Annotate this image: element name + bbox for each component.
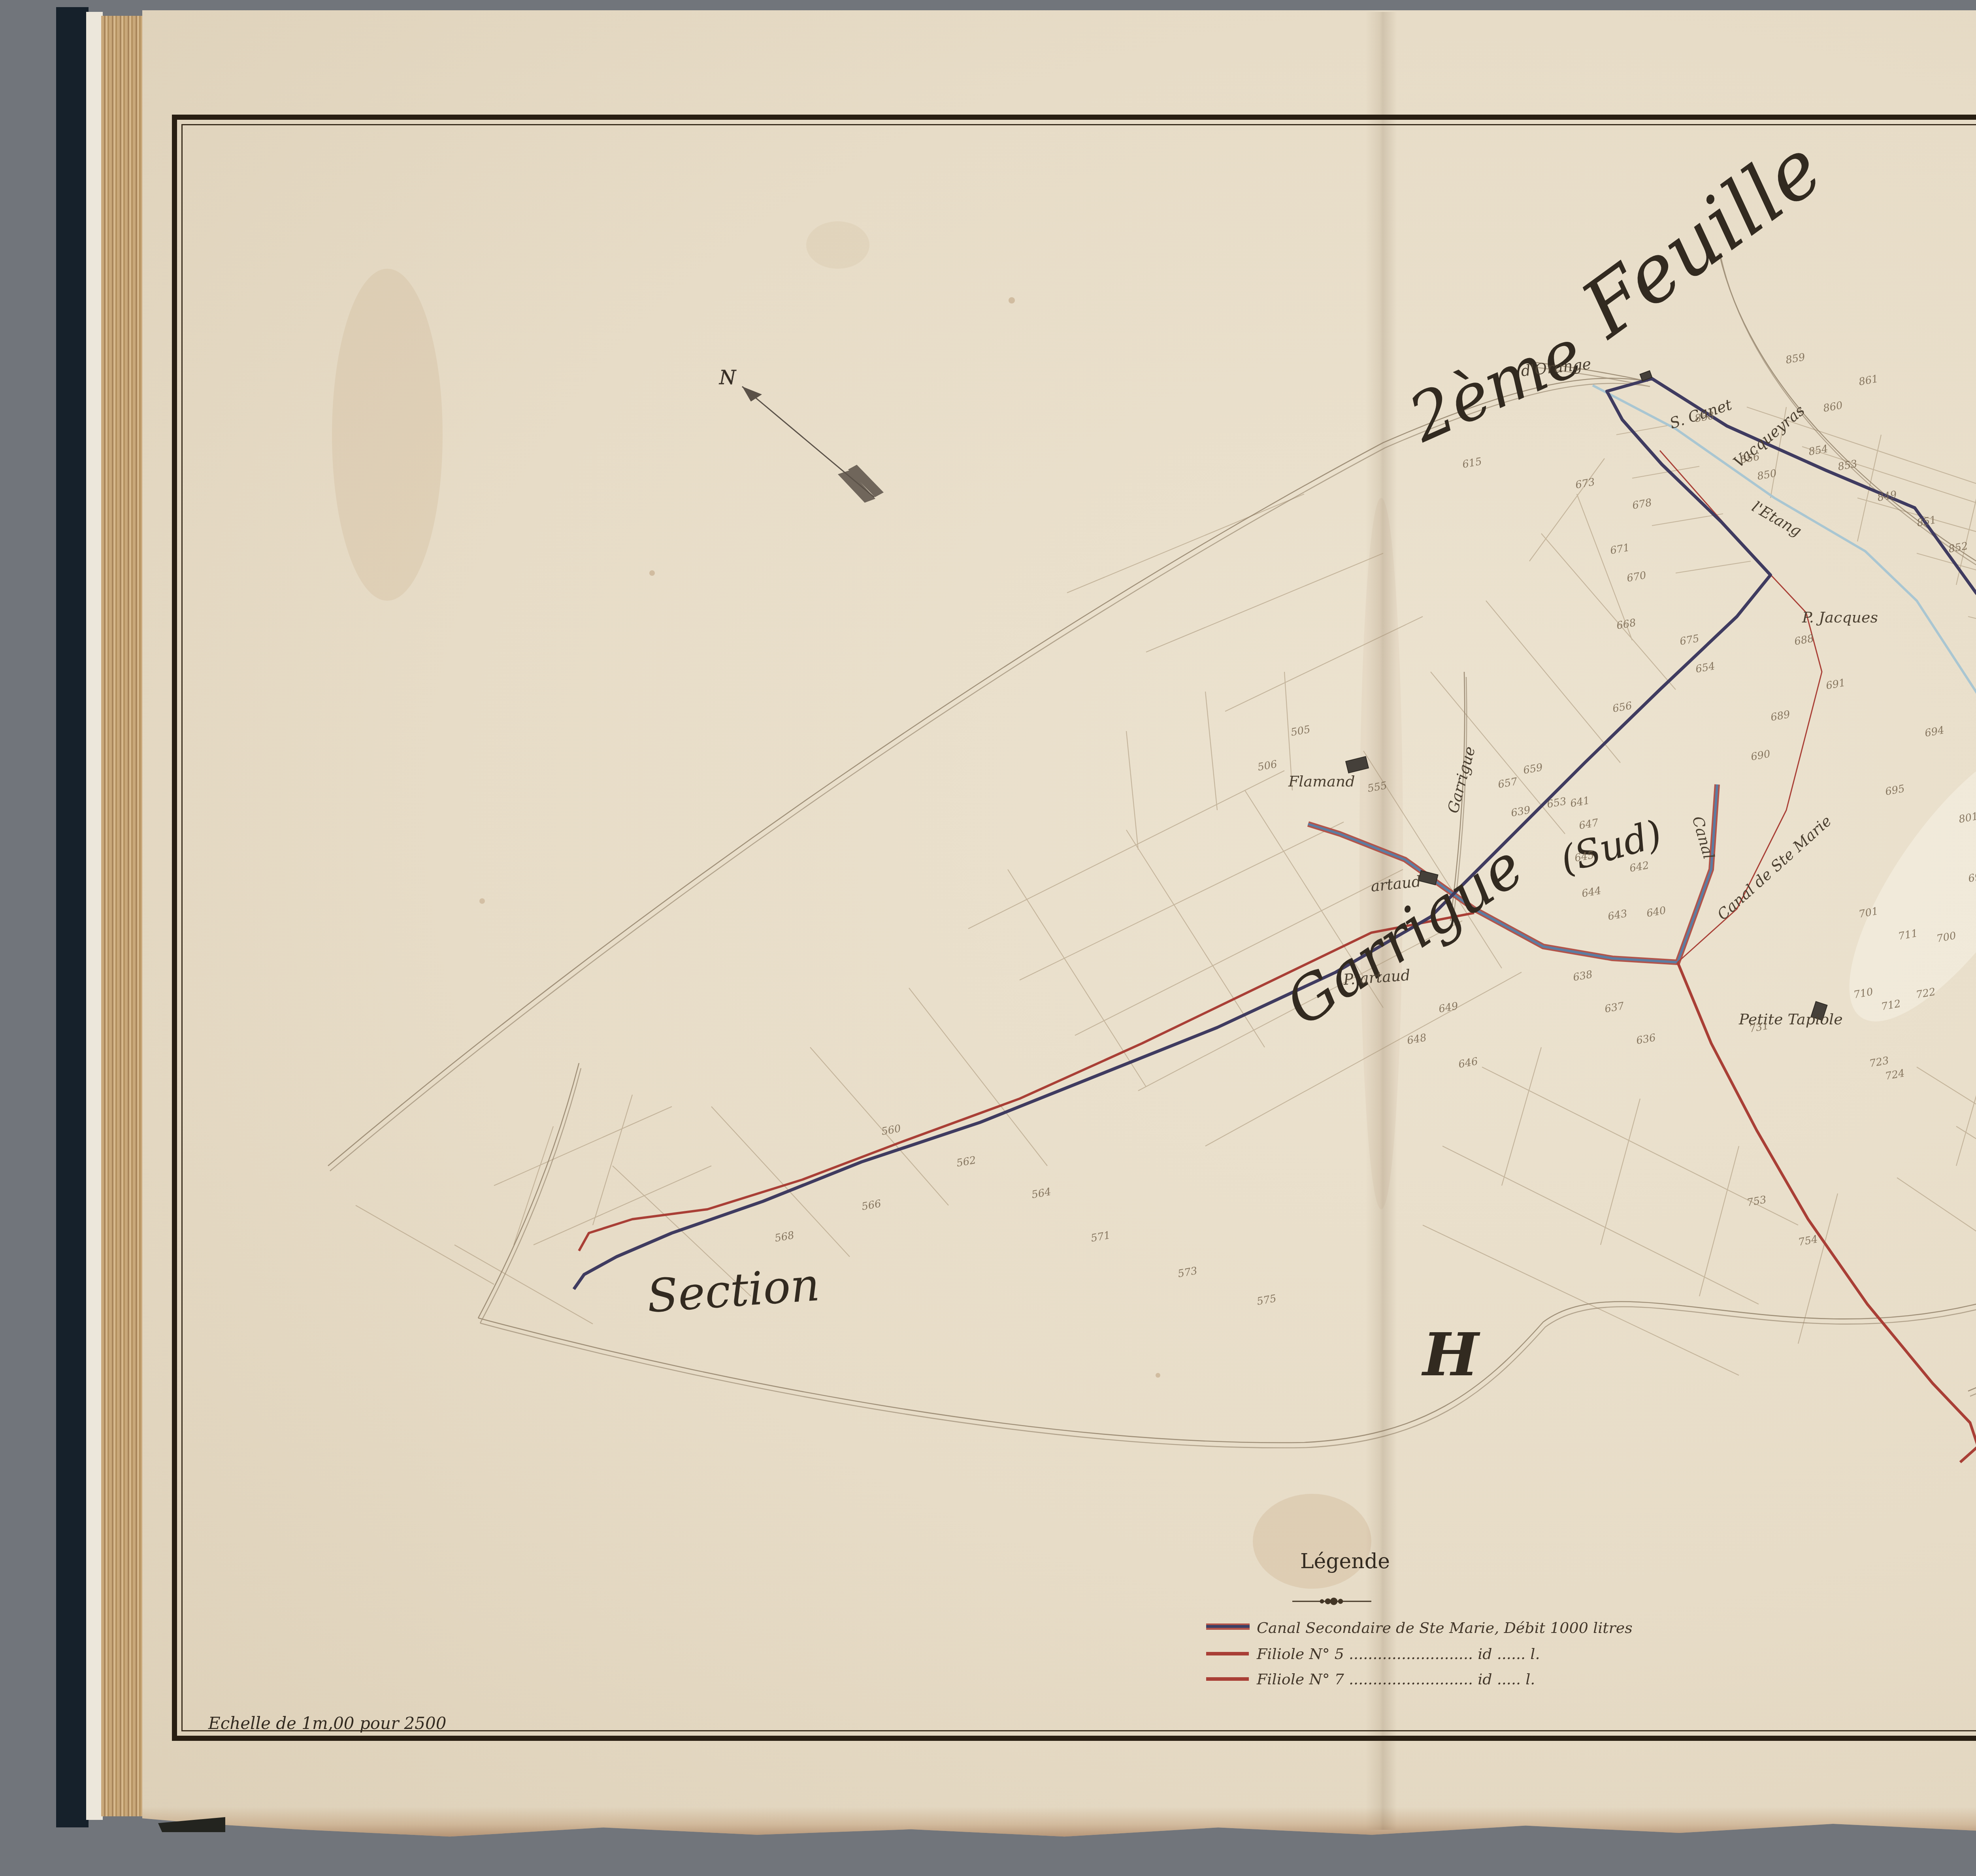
garrigue-title: Garrigue: [1274, 831, 1536, 1039]
legend-title: Légende: [1300, 1550, 1390, 1573]
parcel-number: 689: [1770, 709, 1791, 724]
parcel-number: 659: [1522, 762, 1544, 777]
label-garrigue-road: Garrigue: [1444, 745, 1478, 815]
label-p-jacques: P. Jacques: [1802, 609, 1878, 626]
parcel-number: 560: [881, 1123, 902, 1138]
legend-row-canal: Canal Secondaire de Ste Marie, Débit 100…: [1206, 1619, 1633, 1637]
parcel-number: 861: [1858, 373, 1879, 388]
parcel-number: 860: [1822, 400, 1844, 415]
label-flamand: Flamand: [1288, 773, 1355, 790]
sud-label: (Sud): [1556, 812, 1667, 882]
parcel-number: 571: [1090, 1229, 1111, 1244]
legend-row-filiole7: Filiole N° 7 .......................... …: [1206, 1670, 1535, 1688]
parcel-number: 852: [1948, 540, 1969, 555]
parcel-number: 668: [1616, 617, 1637, 632]
parcel-number: 568: [774, 1229, 795, 1244]
parcel-number: 654: [1695, 660, 1716, 675]
legend-ornament: [1292, 1598, 1371, 1605]
parcel-number: 564: [1031, 1186, 1052, 1201]
parcel-number: 675: [1679, 633, 1700, 648]
legend-row-filiole5: Filiole N° 5 .......................... …: [1206, 1645, 1540, 1663]
filiole-7: [1678, 962, 1976, 1462]
cadastral-map-drawing: N 2ème Feuille Section Section C H Garri…: [0, 0, 1976, 1876]
parcel-number: 859: [1785, 351, 1806, 366]
road-beaumes: [1968, 601, 1976, 1391]
parcel-number: 636: [1635, 1032, 1657, 1047]
parcel-number: 723: [1869, 1055, 1890, 1070]
scale-note: Echelle de 1m,00 pour 2500: [208, 1714, 446, 1733]
parcel-number: 506: [1257, 758, 1278, 773]
parcel-number: 615: [1461, 456, 1483, 471]
parcel-number: 753: [1746, 1194, 1767, 1209]
parcel-number: 694: [1924, 724, 1945, 739]
parcel-number: 657: [1497, 776, 1519, 791]
parcel-number: 573: [1177, 1265, 1198, 1280]
north-arrow: N: [719, 367, 884, 503]
parcel-number: 724: [1884, 1067, 1906, 1082]
parcel-number: 637: [1604, 1000, 1625, 1015]
north-letter: N: [719, 367, 737, 389]
section-h-letter: H: [1421, 1320, 1480, 1390]
parcel-number: 640: [1646, 905, 1667, 920]
sheet2-word: Feuille: [1564, 122, 1839, 356]
sheet2-number: 2ème: [1398, 314, 1594, 457]
parcel-number: 639: [1510, 804, 1531, 819]
parcel-number: 673: [1574, 476, 1596, 491]
legend-row-filiole7-label: Filiole N° 7 .......................... …: [1256, 1670, 1535, 1688]
parcel-number: 566: [861, 1198, 882, 1213]
parcel-number: 656: [1612, 700, 1633, 715]
road-west: [478, 1063, 579, 1318]
section-left-label: Section: [645, 1258, 822, 1323]
parcel-number: 641: [1569, 795, 1591, 810]
parcel-number: 575: [1256, 1293, 1277, 1308]
road-sheet2-limit: [328, 378, 1648, 1166]
parcel-number: 562: [956, 1154, 977, 1169]
parcel-number: 695: [1884, 783, 1906, 798]
parcel-number: 688: [1793, 633, 1815, 648]
parcel-number: 670: [1626, 569, 1647, 584]
roads: [328, 253, 1976, 1448]
legend-row-filiole5-label: Filiole N° 5 .......................... …: [1256, 1645, 1540, 1663]
parcel-number: 678: [1631, 497, 1653, 512]
parcel-number: 849: [1876, 489, 1898, 504]
parcel-number: 638: [1572, 969, 1593, 984]
parcel-number: 691: [1825, 677, 1846, 692]
parcel-number: 644: [1581, 885, 1602, 900]
map-titles: 2ème Feuille Section Section C H Garrigu…: [645, 122, 1976, 1390]
parcel-number: 850: [1756, 468, 1778, 483]
parcel-number: 754: [1797, 1233, 1819, 1248]
parcel-number: 649: [1438, 1000, 1459, 1015]
parcel-number: 505: [1290, 724, 1311, 739]
parcel-number: 646: [1457, 1056, 1479, 1071]
parcel-number: 854: [1808, 443, 1829, 458]
parcel-number: 671: [1609, 542, 1631, 557]
parcel-number: 643: [1607, 908, 1628, 923]
label-canal-ste-marie: Canal de Ste Marie: [1714, 812, 1835, 924]
parcel-number: 690: [1750, 748, 1771, 763]
legend-row-canal-label: Canal Secondaire de Ste Marie, Débit 100…: [1257, 1619, 1633, 1637]
scanned-atlas-photo: { "titles": { "feuille_num": "2ème", "fe…: [0, 0, 1976, 1876]
label-letang: l'Etang: [1749, 498, 1805, 540]
